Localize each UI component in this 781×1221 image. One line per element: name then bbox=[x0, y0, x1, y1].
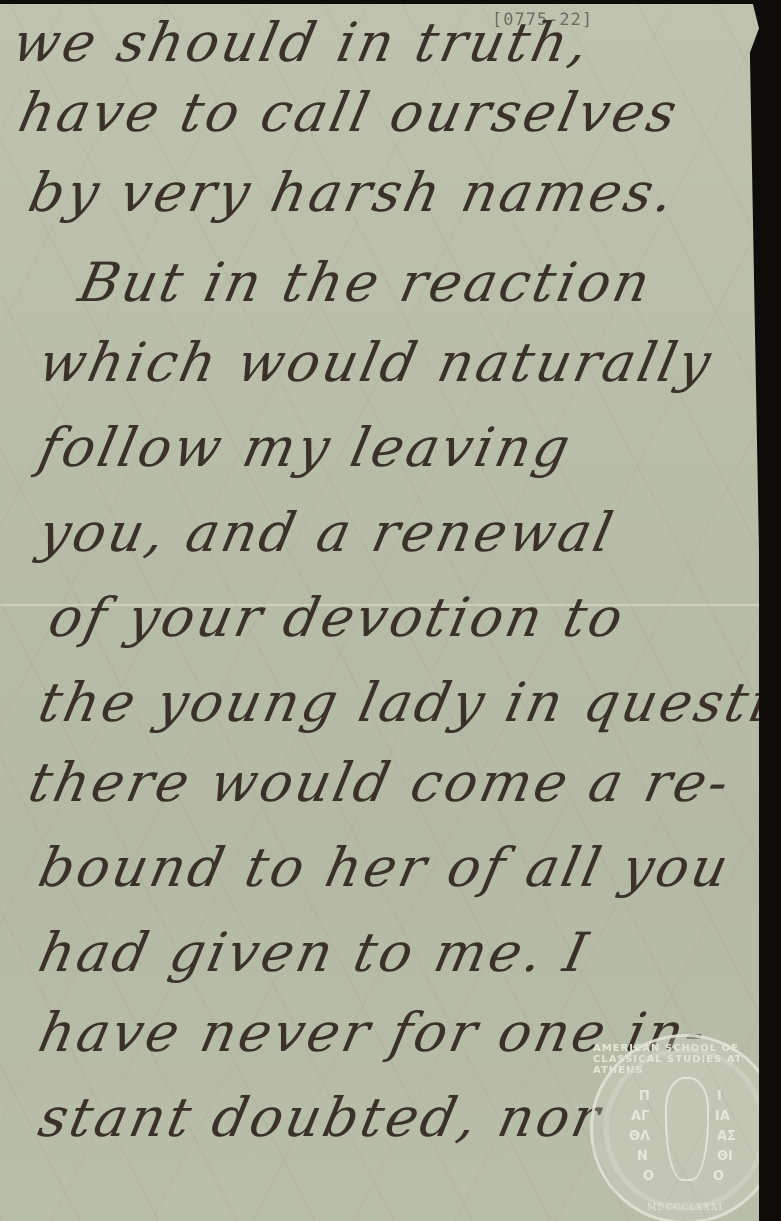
seal-letter: ΙΑ bbox=[715, 1109, 730, 1124]
handwritten-line: stant doubted, nor bbox=[33, 1086, 608, 1149]
handwritten-line: by very harsh names. bbox=[23, 161, 682, 224]
handwritten-line: had given to me. I bbox=[33, 921, 596, 984]
vase-icon bbox=[665, 1077, 709, 1181]
seal-letter: ΑΣ bbox=[717, 1129, 736, 1144]
handwritten-line: we should in truth, bbox=[7, 11, 597, 74]
seal-year: MDCCCLXXXI bbox=[593, 1203, 777, 1213]
handwritten-line: which would naturally bbox=[33, 331, 719, 394]
handwritten-line: follow my leaving bbox=[33, 416, 578, 479]
seal-letter: ΘΙ bbox=[717, 1149, 733, 1164]
handwritten-line: have to call ourselves bbox=[13, 81, 685, 144]
handwritten-line: bound to her of all you bbox=[33, 836, 736, 899]
seal-letter: ΘΛ bbox=[629, 1129, 650, 1144]
school-seal-stamp: AMERICAN SCHOOL OF CLASSICAL STUDIES AT … bbox=[590, 1034, 780, 1221]
seal-letter: Π bbox=[639, 1089, 650, 1104]
seal-letter: Ο bbox=[713, 1169, 724, 1184]
seal-letter: Ν bbox=[637, 1149, 648, 1164]
handwritten-line: you, and a renewal bbox=[33, 501, 621, 564]
seal-letter: ΑΓ bbox=[631, 1109, 649, 1124]
handwritten-line: But in the reaction bbox=[73, 251, 658, 314]
handwritten-line: of your devotion to bbox=[43, 586, 631, 649]
handwritten-line: the young lady in question bbox=[33, 671, 781, 734]
seal-letter: Ο bbox=[643, 1169, 654, 1184]
letter-page: [0775-22] we should in truth,have to cal… bbox=[0, 4, 759, 1221]
seal-letter: Ι bbox=[717, 1089, 722, 1104]
handwritten-line: there would come a re- bbox=[23, 751, 737, 814]
